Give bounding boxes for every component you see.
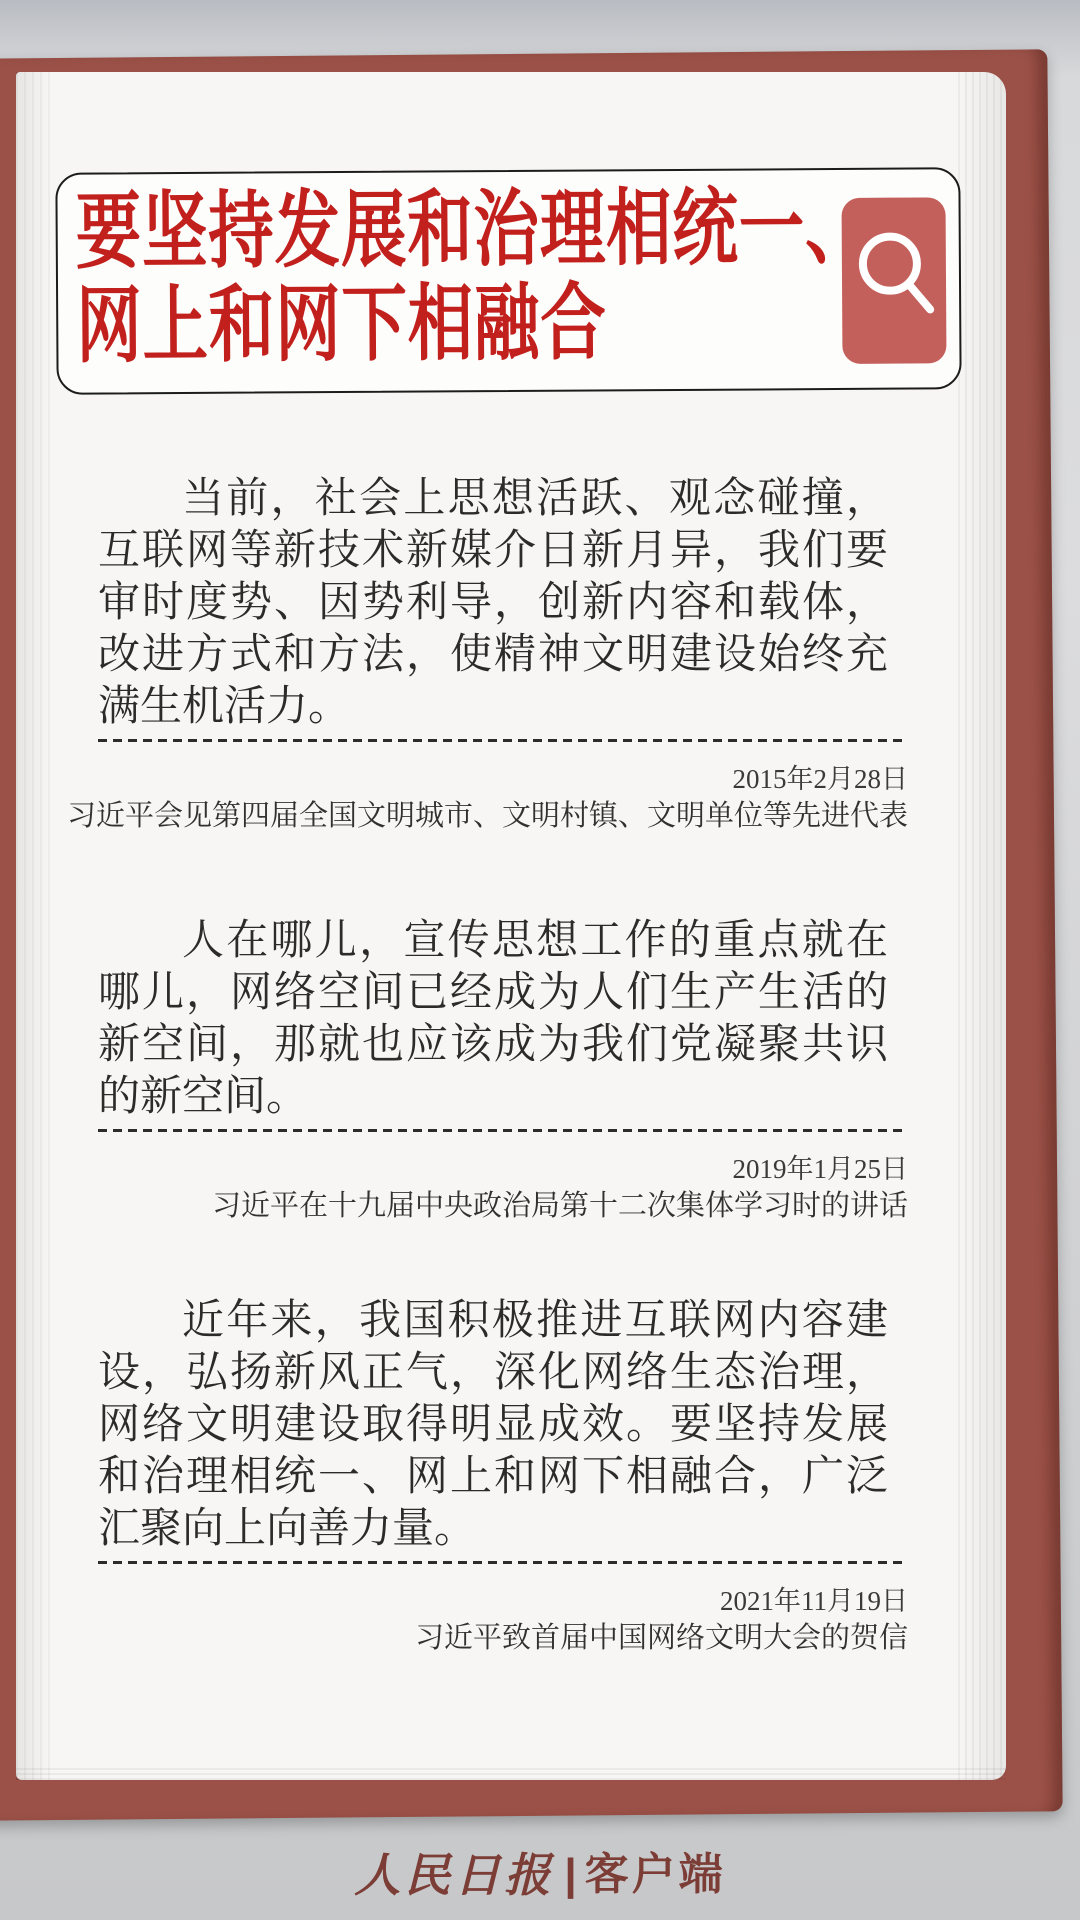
page-title-line1: 要坚持发展和治理相统一、: [75, 180, 871, 279]
page-edge-left: [16, 72, 50, 1780]
dashed-divider: [98, 739, 908, 742]
quote-source: 习近平会见第四届全国文明城市、文明村镇、文明单位等先进代表: [38, 798, 908, 834]
page-title: 要坚持发展和治理相统一、 网上和网下相融合: [75, 180, 872, 373]
brand-logo: 人民日报|客户端: [0, 1838, 1080, 1905]
quote-date: 2019年1月25日: [38, 1152, 908, 1186]
brand-logo-script: 人民日报: [354, 1850, 554, 1901]
page-edge-right: [958, 72, 1006, 1780]
title-plaque: 要坚持发展和治理相统一、 网上和网下相融合: [55, 167, 961, 395]
quote-date: 2015年2月28日: [38, 762, 908, 796]
brand-logo-divider: |: [564, 1850, 576, 1900]
dashed-divider: [98, 1129, 908, 1132]
dashed-divider: [98, 1561, 908, 1564]
quote-block-2: 人在哪儿，宣传思想工作的重点就在哪儿，网络空间已经成为人们生产生活的新空间，那就…: [98, 915, 908, 1224]
quote-source: 习近平致首届中国网络文明大会的贺信: [38, 1620, 908, 1656]
search-button[interactable]: [841, 197, 946, 364]
quote-text: 人在哪儿，宣传思想工作的重点就在哪儿，网络空间已经成为人们生产生活的新空间，那就…: [98, 915, 888, 1123]
quote-source: 习近平在十九届中央政治局第十二次集体学习时的讲话: [38, 1188, 908, 1224]
quote-meta: 2015年2月28日 习近平会见第四届全国文明城市、文明村镇、文明单位等先进代表: [38, 762, 908, 834]
quote-date: 2021年11月19日: [38, 1584, 908, 1618]
quote-block-1: 当前，社会上思想活跃、观念碰撞，互联网等新技术新媒介日新月异，我们要审时度势、因…: [98, 473, 908, 834]
quote-text: 当前，社会上思想活跃、观念碰撞，互联网等新技术新媒介日新月异，我们要审时度势、因…: [98, 473, 888, 733]
quote-text: 近年来，我国积极推进互联网内容建设，弘扬新风正气，深化网络生态治理，网络文明建设…: [98, 1295, 888, 1555]
page-title-line2: 网上和网下相融合: [76, 274, 872, 373]
quote-meta: 2021年11月19日 习近平致首届中国网络文明大会的贺信: [38, 1584, 908, 1656]
page-edge-bottom: [16, 1768, 1006, 1780]
quote-meta: 2019年1月25日 习近平在十九届中央政治局第十二次集体学习时的讲话: [38, 1152, 908, 1224]
quote-block-3: 近年来，我国积极推进互联网内容建设，弘扬新风正气，深化网络生态治理，网络文明建设…: [98, 1295, 908, 1656]
brand-logo-suffix: 客户端: [585, 1850, 726, 1899]
